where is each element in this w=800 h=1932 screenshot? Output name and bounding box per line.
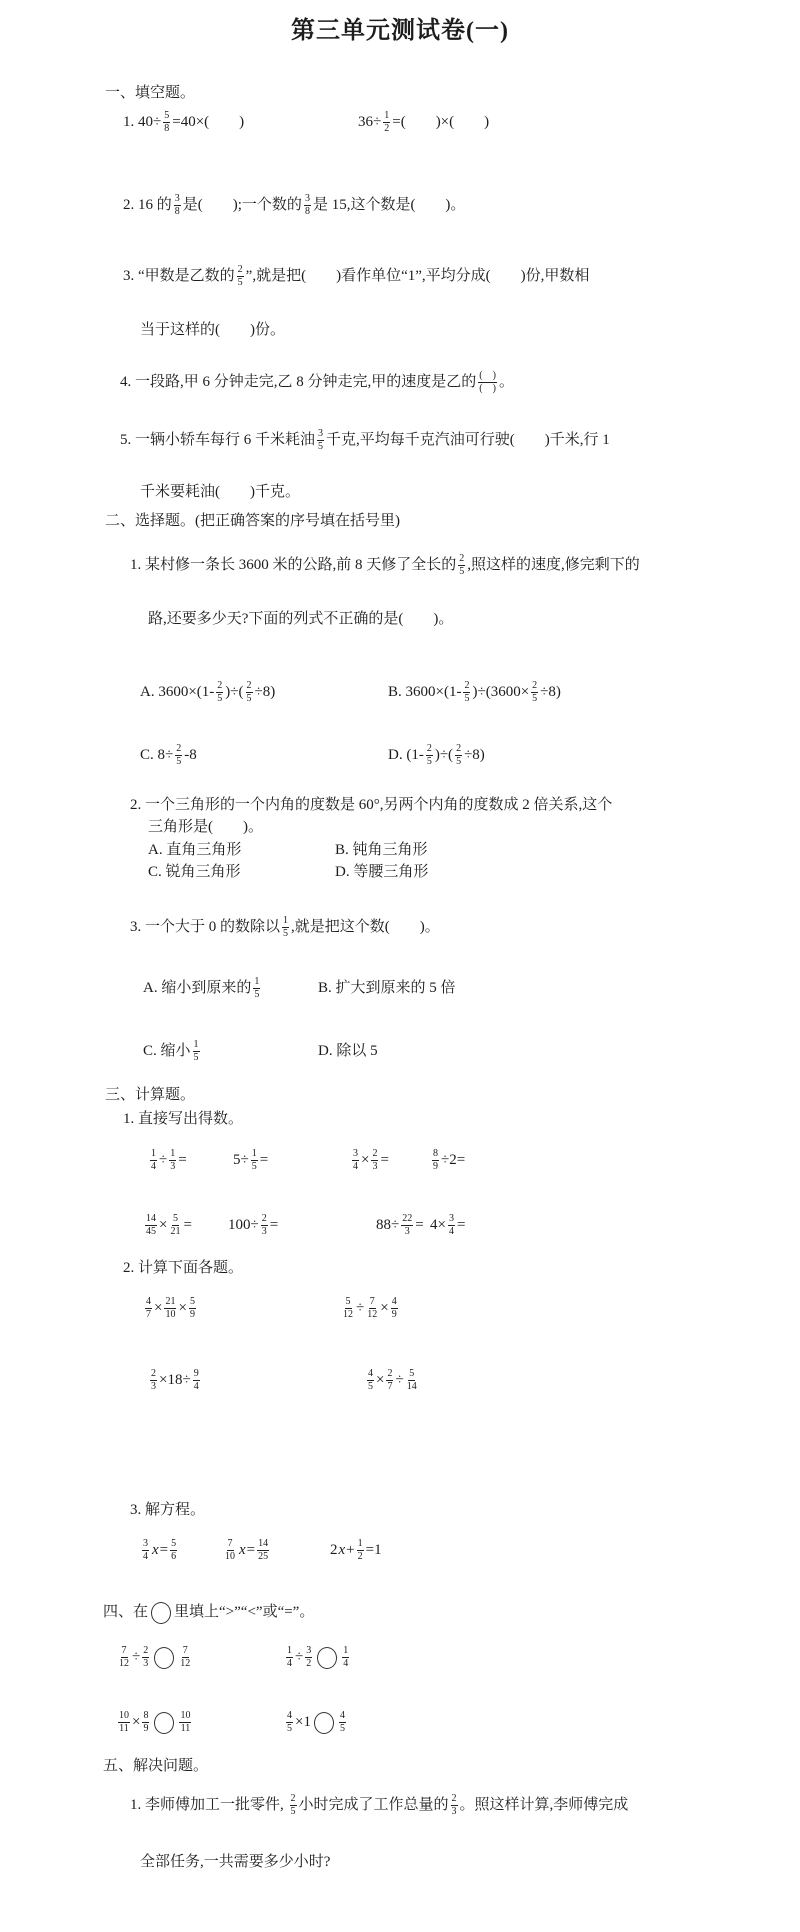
fraction: 712	[179, 1645, 191, 1670]
fraction: 12	[383, 110, 390, 135]
fraction: 89	[142, 1710, 149, 1735]
fraction: 1445	[145, 1213, 157, 1238]
fraction: 25	[216, 680, 223, 705]
s2-q1-option-b: B. 3600×(1-25)÷(3600×25÷8)	[388, 679, 561, 705]
fraction: 27	[386, 1368, 393, 1393]
s4-compare-1-left: 712÷23712	[116, 1644, 193, 1670]
s5-q1-line1: 1. 李师傅加工一批零件, 25小时完成了工作总量的23。照这样计算,李师傅完成	[130, 1792, 628, 1818]
fraction: 49	[391, 1296, 398, 1321]
s1-q1-left: 1. 40÷58=40×( )	[123, 109, 244, 135]
fraction: 35	[317, 428, 324, 453]
fraction: 45	[367, 1368, 374, 1393]
s3-calc2-item4: 4×34=	[430, 1212, 465, 1238]
variable-x: x	[339, 1542, 346, 1558]
fraction: 12	[357, 1538, 364, 1563]
fraction: 94	[193, 1368, 200, 1393]
fraction: 2110	[164, 1296, 176, 1321]
fraction: 23	[371, 1148, 378, 1173]
fraction: 25	[175, 743, 182, 768]
s3-calc1-item2: 5÷15=	[233, 1147, 268, 1173]
s3-sub2: 2. 计算下面各题。	[123, 1255, 243, 1281]
s3-equation-1: 34x=56	[140, 1537, 179, 1563]
s1-q2: 2. 16 的38是( );一个数的38是 15,这个数是( )。	[123, 192, 465, 218]
s3-calc1-item1: 14÷13=	[148, 1147, 187, 1173]
s3-equation-3: 2x+12=1	[330, 1537, 382, 1563]
comparison-circle	[154, 1712, 174, 1734]
s2-q1-option-c: C. 8÷25-8	[140, 742, 197, 768]
fraction: 38	[304, 193, 311, 218]
s3-equation-2: 710x=1425	[222, 1537, 271, 1563]
s3-calc3-item1: 47×2110×59	[143, 1295, 198, 1321]
s2-q3-option-b: B. 扩大到原来的 5 倍	[318, 975, 456, 1001]
fraction: 23	[150, 1368, 157, 1393]
s2-q1-option-d: D. (1-25)÷(25÷8)	[388, 742, 485, 768]
fraction: 89	[432, 1148, 439, 1173]
fraction: 15	[193, 1039, 200, 1064]
s2-q3-option-c: C. 缩小15	[143, 1038, 202, 1064]
comparison-circle	[154, 1647, 174, 1669]
s2-q1-option-a: A. 3600×(1-25)÷(25÷8)	[140, 679, 275, 705]
s4-compare-2-left: 1011×891011	[116, 1709, 193, 1735]
fraction: 1011	[179, 1710, 191, 1735]
fraction: 56	[170, 1538, 177, 1563]
s3-calc2-item2: 100÷23=	[228, 1212, 278, 1238]
fraction: 521	[169, 1213, 181, 1238]
fraction: ( )( )	[478, 370, 497, 395]
test-paper-page: 第三单元测试卷(一) 一、填空题。 1. 40÷58=40×( ) 36÷12=…	[0, 0, 800, 1932]
fraction: 34	[448, 1213, 455, 1238]
section-2-heading: 二、选择题。(把正确答案的序号填在括号里)	[105, 508, 400, 534]
fraction: 15	[253, 976, 260, 1001]
fraction: 1011	[118, 1710, 130, 1735]
fraction: 38	[174, 193, 181, 218]
page-title: 第三单元测试卷(一)	[0, 10, 800, 45]
s3-calc4-item2: 45×27÷514	[365, 1367, 420, 1393]
fraction: 25	[458, 553, 465, 578]
s2-q3: 3. 一个大于 0 的数除以15,就是把这个数( )。	[130, 914, 440, 940]
fraction: 25	[237, 264, 244, 289]
comparison-circle	[317, 1647, 337, 1669]
s2-q1-line2: 路,还要多少天?下面的列式不正确的是( )。	[148, 606, 453, 632]
s3-calc2-item1: 1445×521=	[143, 1212, 192, 1238]
fraction: 23	[261, 1213, 268, 1238]
fraction: 25	[463, 680, 470, 705]
s2-q1-line1: 1. 某村修一条长 3600 米的公路,前 8 天修了全长的25,照这样的速度,…	[130, 552, 640, 578]
fraction: 45	[339, 1710, 346, 1735]
s3-calc1-item3: 34×23=	[350, 1147, 389, 1173]
fraction: 1425	[257, 1538, 269, 1563]
s3-sub1: 1. 直接写出得数。	[123, 1106, 243, 1132]
fraction: 23	[451, 1793, 458, 1818]
fraction: 58	[163, 110, 170, 135]
s4-compare-2-right: 45×145	[284, 1709, 348, 1735]
s2-q2-option-c: C. 锐角三角形	[148, 859, 241, 885]
section-4-heading: 四、在里填上“>”“<”或“=”。	[103, 1599, 314, 1625]
s3-calc1-item4: 89÷2=	[430, 1147, 465, 1173]
s2-q3-option-d: D. 除以 5	[318, 1038, 378, 1064]
variable-x: x	[152, 1542, 159, 1558]
fraction: 712	[366, 1296, 378, 1321]
fraction: 47	[145, 1296, 152, 1321]
fraction: 15	[251, 1148, 258, 1173]
s3-sub3: 3. 解方程。	[130, 1497, 205, 1523]
section-5-heading: 五、解决问题。	[103, 1753, 208, 1779]
fraction: 512	[342, 1296, 354, 1321]
comparison-circle	[314, 1712, 334, 1734]
fraction: 15	[282, 915, 289, 940]
fraction: 25	[246, 680, 253, 705]
s1-q5-line1: 5. 一辆小轿车每行 6 千米耗油35千克,平均每千克汽油可行驶( )千米,行 …	[120, 427, 610, 453]
fraction: 34	[352, 1148, 359, 1173]
s4-compare-1-right: 14÷3214	[284, 1644, 351, 1670]
fraction: 13	[169, 1148, 176, 1173]
fraction: 514	[406, 1368, 418, 1393]
fraction: 25	[426, 743, 433, 768]
s2-q3-option-a: A. 缩小到原来的15	[143, 975, 262, 1001]
fraction: 25	[290, 1793, 297, 1818]
s2-q2-option-d: D. 等腰三角形	[335, 859, 428, 885]
fraction: 710	[224, 1538, 236, 1563]
s3-calc4-item1: 23×18÷94	[148, 1367, 202, 1393]
variable-x: x	[239, 1542, 246, 1558]
fraction: 223	[401, 1213, 413, 1238]
s5-q1-line2: 全部任务,一共需要多少小时?	[140, 1849, 330, 1875]
s1-q3-line1: 3. “甲数是乙数的25”,就是把( )看作单位“1”,平均分成( )份,甲数相	[123, 263, 589, 289]
comparison-circle	[151, 1602, 171, 1624]
fraction: 59	[189, 1296, 196, 1321]
fraction: 14	[342, 1645, 349, 1670]
s1-q4: 4. 一段路,甲 6 分钟走完,乙 8 分钟走完,甲的速度是乙的( )( )。	[120, 369, 514, 395]
fraction: 25	[455, 743, 462, 768]
s1-q5-line2: 千米要耗油( )千克。	[140, 479, 300, 505]
fraction: 32	[305, 1645, 312, 1670]
fraction: 712	[118, 1645, 130, 1670]
s3-calc3-item2: 512÷712×49	[340, 1295, 400, 1321]
section-3-heading: 三、计算题。	[105, 1082, 195, 1108]
s3-calc2-item3: 88÷223=	[376, 1212, 424, 1238]
s1-q1-right: 36÷12=( )×( )	[358, 109, 489, 135]
section-1-heading: 一、填空题。	[105, 80, 195, 106]
fraction: 34	[142, 1538, 149, 1563]
fraction: 45	[286, 1710, 293, 1735]
s1-q3-line2: 当于这样的( )份。	[140, 317, 285, 343]
fraction: 14	[286, 1645, 293, 1670]
fraction: 23	[142, 1645, 149, 1670]
fraction: 25	[531, 680, 538, 705]
fraction: 14	[150, 1148, 157, 1173]
